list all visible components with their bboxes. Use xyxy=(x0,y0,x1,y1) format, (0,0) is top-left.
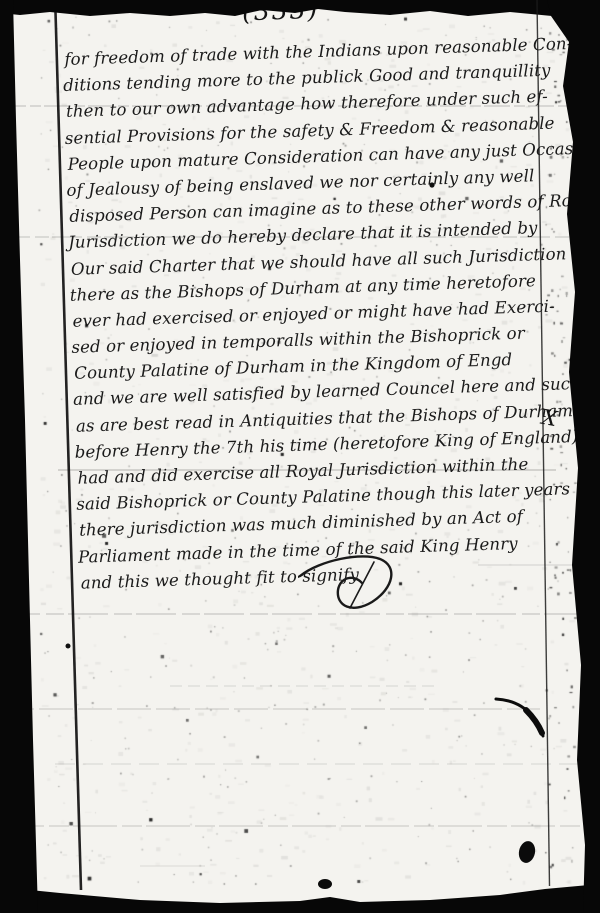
right-margin-rule xyxy=(537,0,550,886)
scan-borders xyxy=(0,0,600,913)
left-binding-strip xyxy=(0,0,38,913)
bottom-scan-band xyxy=(0,884,600,913)
ink-dot-line xyxy=(429,182,434,187)
ink-hook-mark-thick xyxy=(526,710,542,733)
ink-blob-right xyxy=(517,840,537,865)
right-page-edge xyxy=(547,0,600,913)
left-fold-line xyxy=(56,12,82,890)
scanned-manuscript-page: (333) for freedom of trade with the Indi… xyxy=(0,0,600,913)
ink-blob-bottom xyxy=(318,879,332,889)
ink-dot-margin xyxy=(66,644,71,649)
top-scan-band xyxy=(0,0,600,16)
